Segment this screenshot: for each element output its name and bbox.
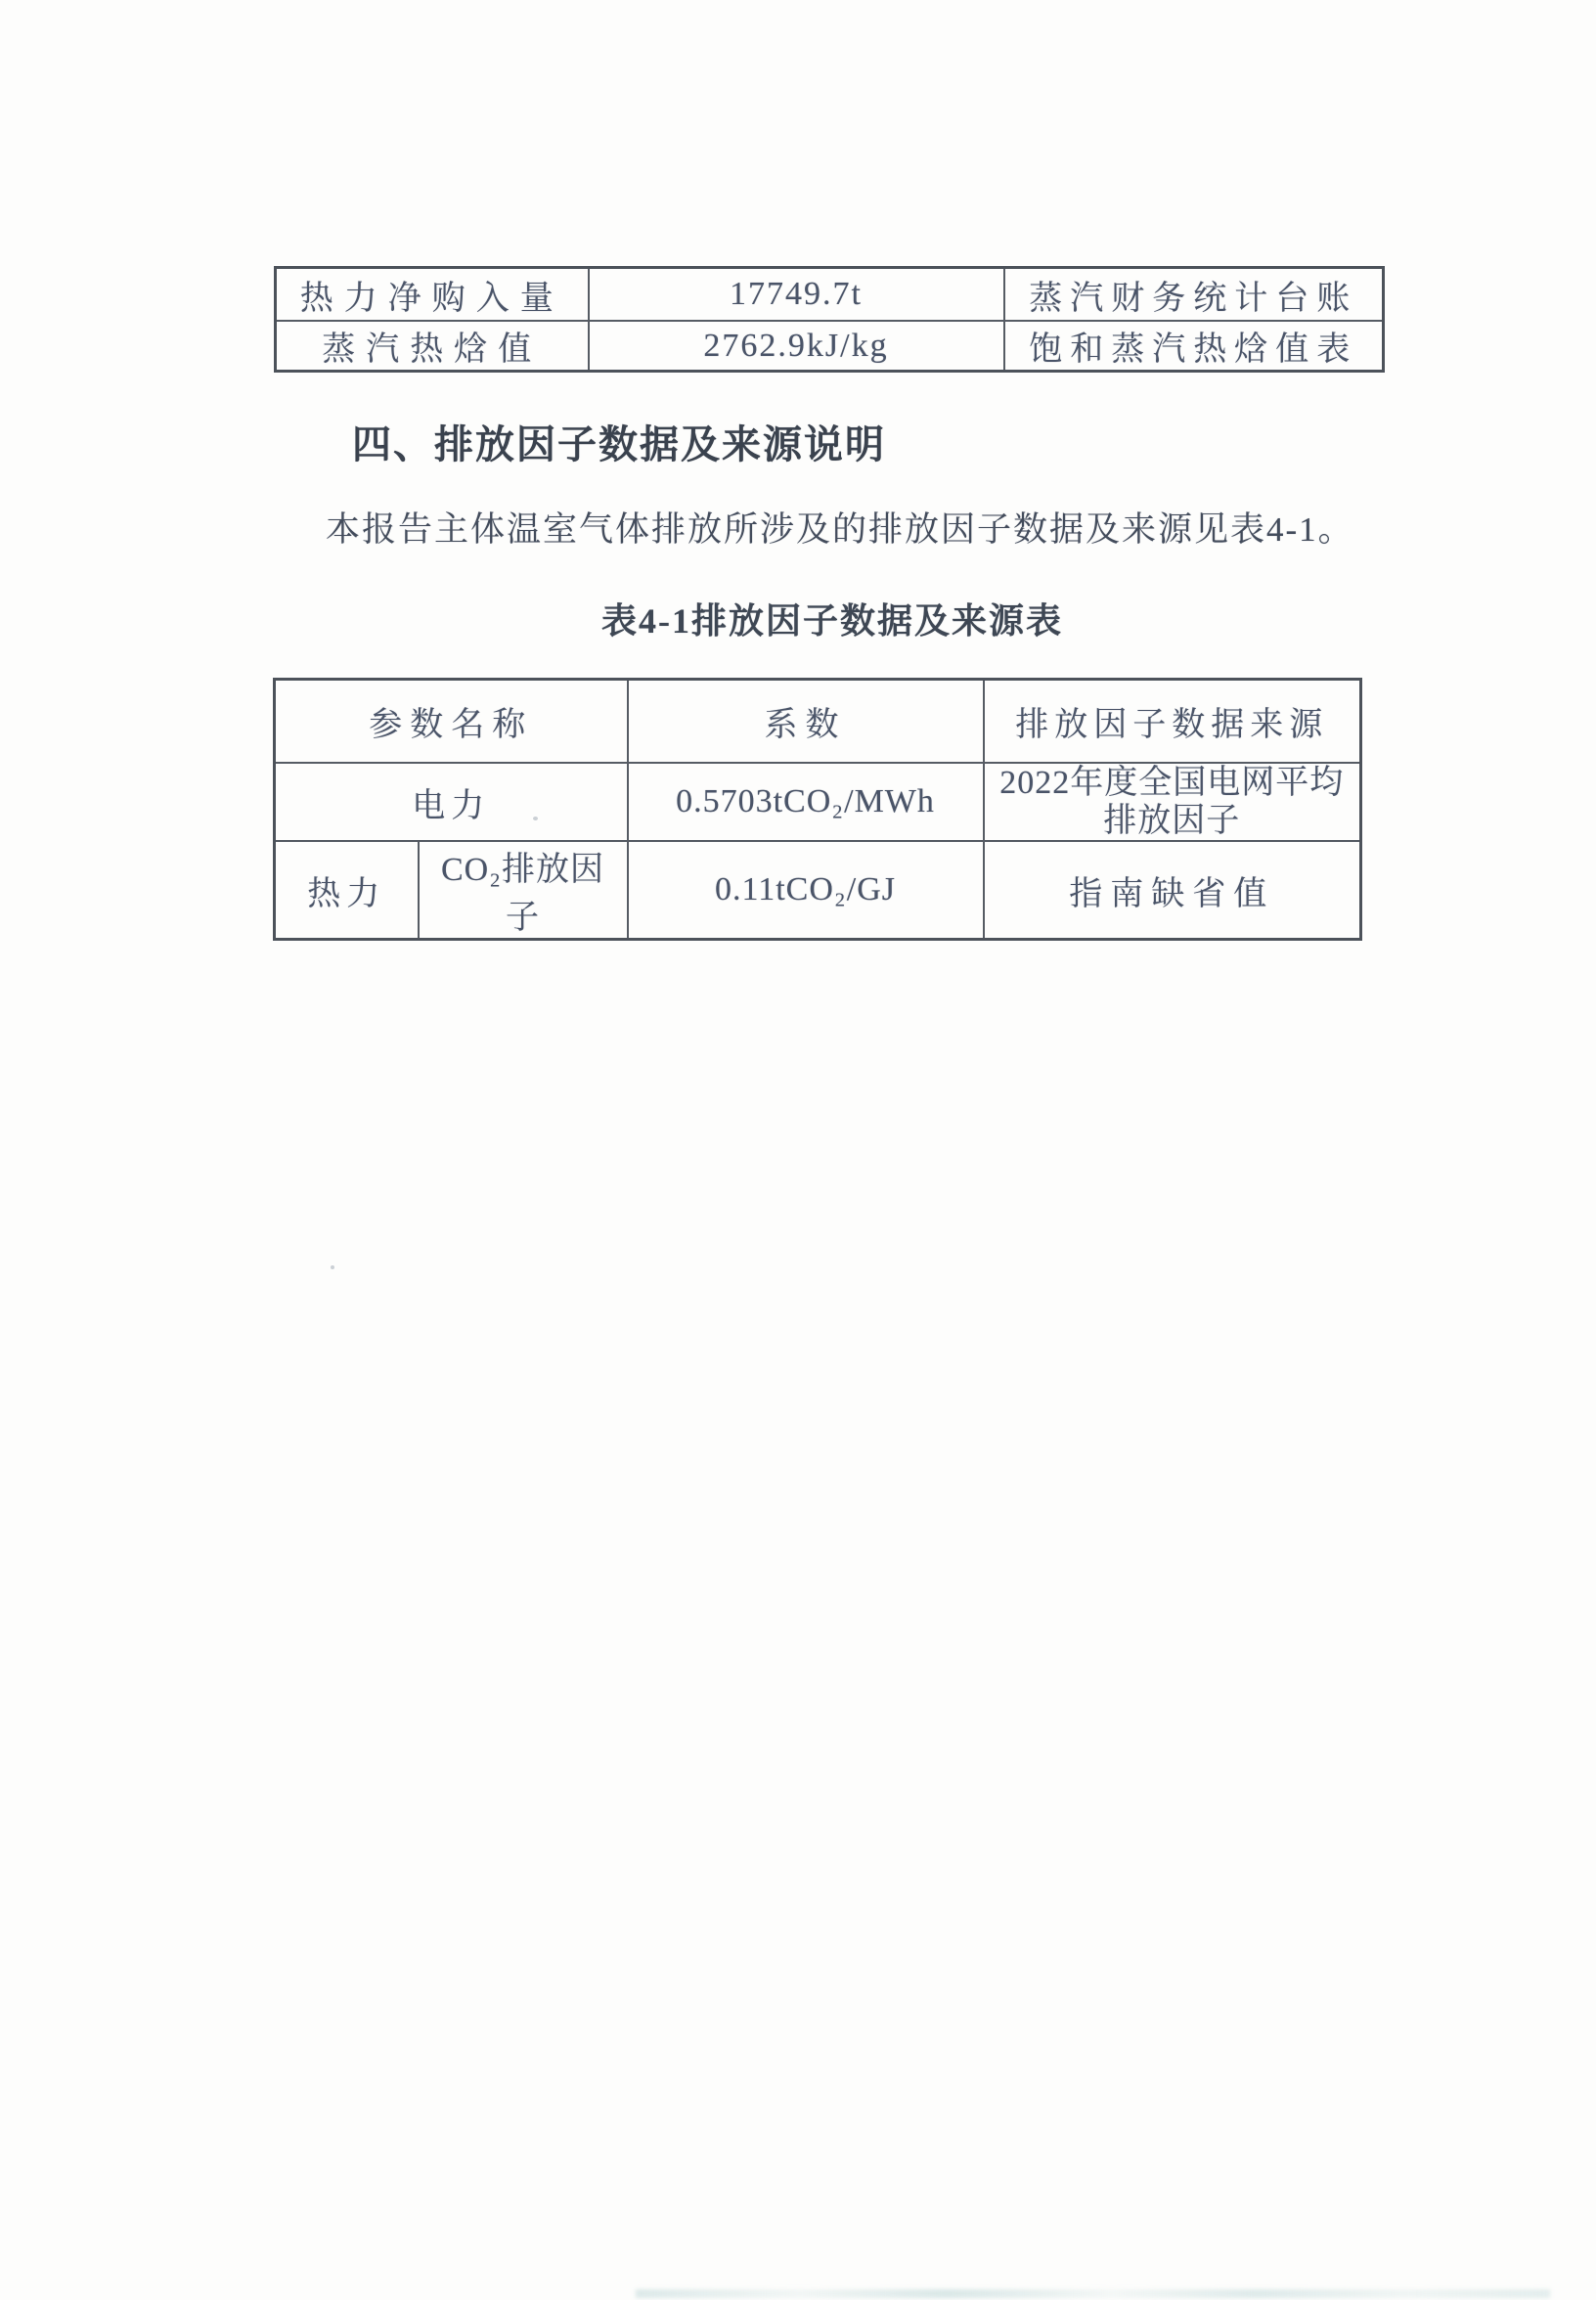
table-row: 蒸汽热焓值 2762.9kJ/kg 饱和蒸汽热焓值表 xyxy=(276,321,1384,372)
page-bottom-bleedthrough xyxy=(636,2289,1550,2298)
header-row: 参数名称 系数 排放因子数据来源 xyxy=(275,680,1361,764)
row-electricity: 电力 0.5703tCO₂/MWh 2022年度全国电网平均排放因子 xyxy=(275,763,1361,841)
source-cell: 指南缺省值 xyxy=(984,841,1361,940)
header-coefficient-cell: 系数 xyxy=(628,680,984,764)
source-cell: 2022年度全国电网平均排放因子 xyxy=(984,763,1361,841)
section-heading: 四、排放因子数据及来源说明 xyxy=(352,423,886,466)
param-cell: 热力净购入量 xyxy=(276,268,589,322)
scanned-report-page: 热力净购入量 17749.7t 蒸汽财务统计台账 蒸汽热焓值 2762.9kJ/… xyxy=(0,0,1596,2300)
header-source-cell: 排放因子数据来源 xyxy=(984,680,1361,764)
coefficient-cell: 0.11tCO₂/GJ xyxy=(628,841,984,940)
category-cell: 热力 xyxy=(275,841,419,940)
scan-speckle xyxy=(331,1265,334,1269)
value-cell: 2762.9kJ/kg xyxy=(589,321,1004,372)
source-cell: 蒸汽财务统计台账 xyxy=(1004,268,1384,322)
row-heat: 热力 CO₂排放因子 0.11tCO₂/GJ 指南缺省值 xyxy=(275,841,1361,940)
param-cell: 蒸汽热焓值 xyxy=(276,321,589,372)
table-caption: 表4-1排放因子数据及来源表 xyxy=(601,597,1063,645)
subparam-cell: CO₂排放因子 xyxy=(419,841,628,940)
emission-factor-table: 参数名称 系数 排放因子数据来源 电力 0.5703tCO₂/MWh 2022年… xyxy=(273,678,1362,941)
purchased-heat-table: 热力净购入量 17749.7t 蒸汽财务统计台账 蒸汽热焓值 2762.9kJ/… xyxy=(274,266,1385,373)
source-cell: 饱和蒸汽热焓值表 xyxy=(1004,321,1384,372)
category-cell: 电力 xyxy=(275,763,628,841)
value-cell: 17749.7t xyxy=(589,268,1004,322)
scan-speckle xyxy=(533,817,538,820)
coefficient-cell: 0.5703tCO₂/MWh xyxy=(628,763,984,841)
intro-paragraph: 本报告主体温室气体排放所涉及的排放因子数据及来源见表4-1。 xyxy=(326,506,1354,554)
table-row: 热力净购入量 17749.7t 蒸汽财务统计台账 xyxy=(276,268,1384,322)
header-param-cell: 参数名称 xyxy=(275,680,628,764)
